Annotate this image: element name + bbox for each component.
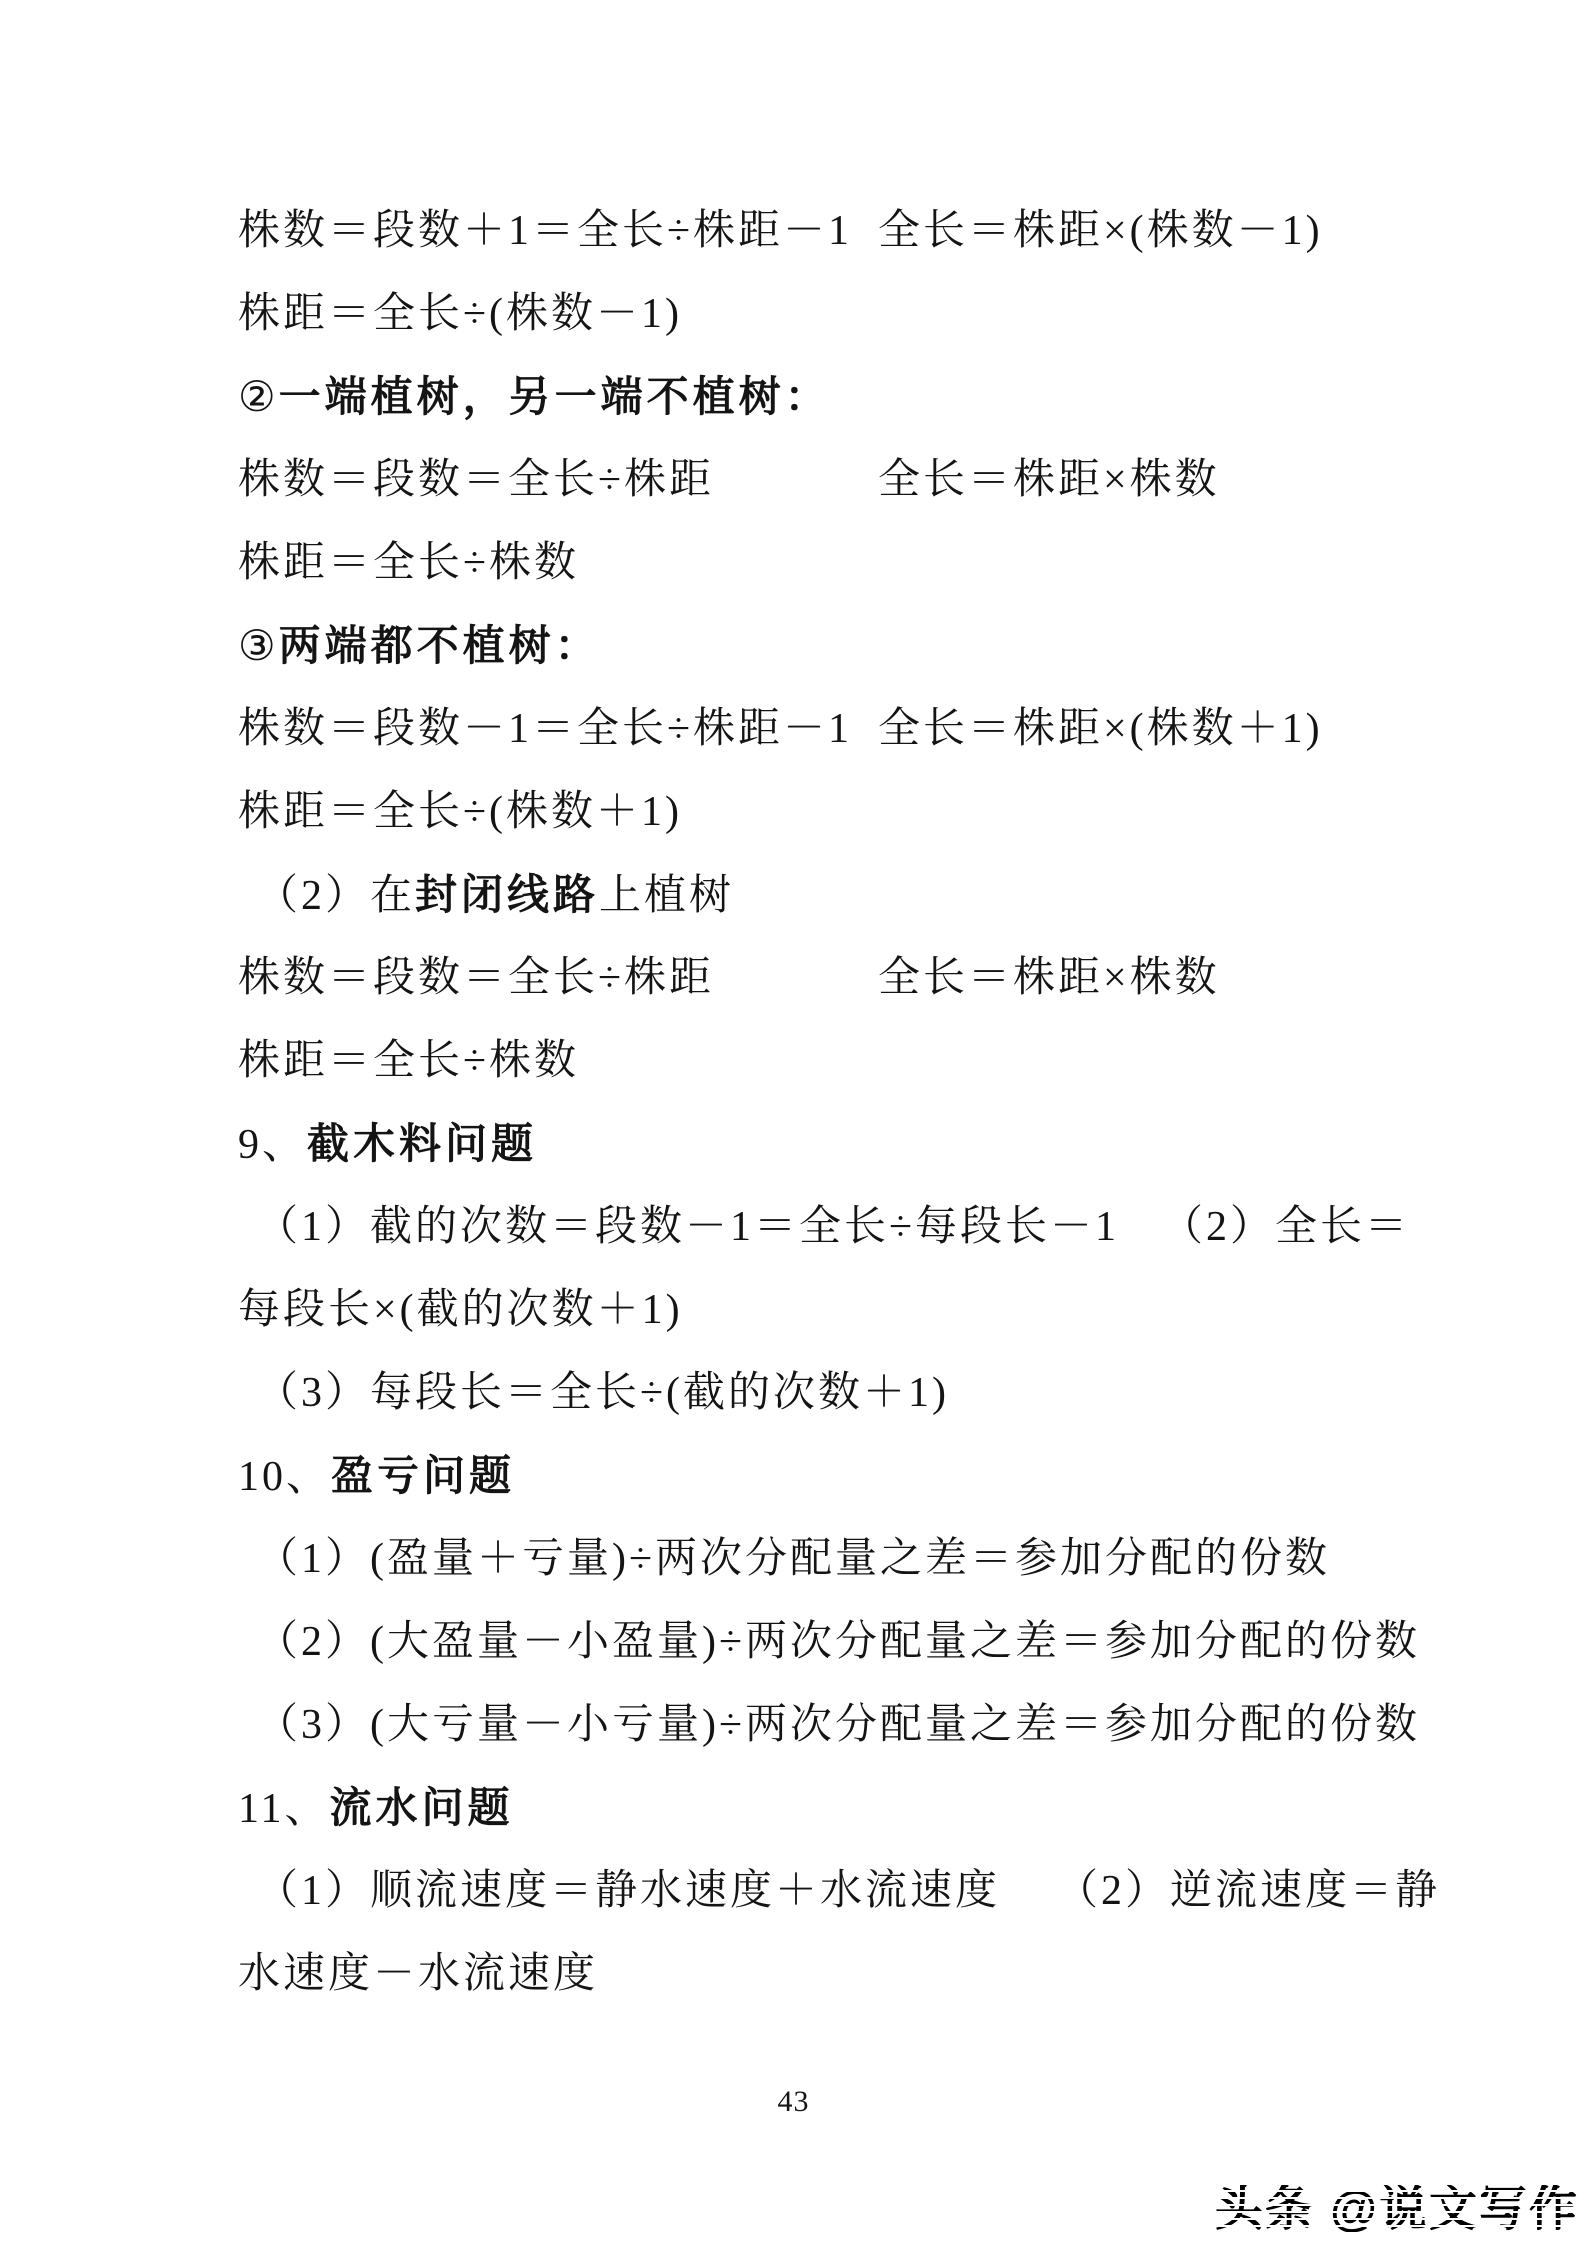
formula-left: 株数＝段数＋1＝全长÷株距－1: [238, 208, 852, 254]
formula-text: 水速度－水流速度: [238, 1951, 598, 1997]
formula-line: 株距＝全长÷(株数＋1): [238, 791, 682, 833]
subsection-title: 两端都不植树：: [279, 622, 601, 669]
formula-line: 水速度－水流速度: [238, 1953, 598, 1995]
circled-number: ②: [238, 375, 279, 421]
section-number: 11、: [238, 1786, 329, 1832]
circled-number: ③: [238, 624, 279, 670]
section-number: 9、: [238, 1122, 307, 1168]
page-number: 43: [0, 2085, 1587, 2119]
formula-line: 株数＝段数＝全长÷株距 全长＝株距×株数: [238, 459, 714, 501]
formula-text: 株距＝全长÷(株数－1): [238, 291, 682, 337]
formula-right: 全长＝株距×株数: [878, 459, 1220, 501]
section-title: 流水问题: [329, 1784, 513, 1831]
section-title: 盈亏问题: [331, 1452, 515, 1499]
formula-line: 株距＝全长÷株数: [238, 1040, 579, 1082]
section-title: 截木料问题: [307, 1120, 537, 1167]
formula-right: 全长＝株距×(株数＋1): [878, 708, 1323, 750]
formula-right: 全长＝株距×(株数－1): [878, 210, 1323, 252]
section-heading: 10、盈亏问题: [238, 1455, 515, 1498]
document-page: 株数＝段数＋1＝全长÷株距－1 全长＝株距×(株数－1) 株距＝全长÷(株数－1…: [0, 0, 1587, 2245]
subsection-heading: （2）在封闭线路上植树: [256, 874, 734, 917]
section-number: 10、: [238, 1454, 331, 1500]
formula-text: （3）(大亏量－小亏量)÷两次分配量之差＝参加分配的份数: [256, 1702, 1420, 1748]
formula-line: 株数＝段数－1＝全长÷株距－1 全长＝株距×(株数＋1): [238, 708, 852, 750]
formula-left: 株数＝段数＝全长÷株距: [238, 457, 714, 503]
formula-right: （2）逆流速度＝静: [1056, 1870, 1440, 1912]
formula-line: （1）(盈量＋亏量)÷两次分配量之差＝参加分配的份数: [256, 1538, 1330, 1580]
formula-line: 每段长×(截的次数＋1): [238, 1289, 683, 1331]
formula-left: （1）顺流速度＝静水速度＋水流速度: [256, 1868, 1000, 1914]
formula-text: （1）(盈量＋亏量)÷两次分配量之差＝参加分配的份数: [256, 1536, 1330, 1582]
subsection-title: 一端植树，另一端不植树：: [279, 373, 831, 420]
formula-line: 株距＝全长÷(株数－1): [238, 293, 682, 335]
formula-line: 株数＝段数＋1＝全长÷株距－1 全长＝株距×(株数－1): [238, 210, 852, 252]
formula-text: 每段长×(截的次数＋1): [238, 1287, 683, 1333]
heading-suffix: 上植树: [599, 873, 734, 919]
formula-right: （2）全长＝: [1161, 1206, 1410, 1248]
formula-left: 株数＝段数＝全长÷株距: [238, 955, 714, 1001]
formula-line: （2）(大盈量－小盈量)÷两次分配量之差＝参加分配的份数: [256, 1621, 1420, 1663]
watermark-text: 头条 @说文写作: [1215, 2170, 1579, 2239]
formula-text: （2）(大盈量－小盈量)÷两次分配量之差＝参加分配的份数: [256, 1619, 1420, 1665]
formula-line: （1）截的次数＝段数－1＝全长÷每段长－1 （2）全长＝: [256, 1206, 1119, 1248]
formula-line: （3）(大亏量－小亏量)÷两次分配量之差＝参加分配的份数: [256, 1704, 1420, 1746]
formula-line: 株数＝段数＝全长÷株距 全长＝株距×株数: [238, 957, 714, 999]
formula-line: 株距＝全长÷株数: [238, 542, 579, 584]
formula-left: （1）截的次数＝段数－1＝全长÷每段长－1: [256, 1204, 1119, 1250]
formula-text: 株距＝全长÷株数: [238, 540, 579, 586]
section-heading: 11、流水问题: [238, 1787, 513, 1830]
formula-text: 株距＝全长÷株数: [238, 1038, 579, 1084]
formula-left: 株数＝段数－1＝全长÷株距－1: [238, 706, 852, 752]
heading-prefix: （2）在: [256, 873, 415, 919]
formula-text: （3）每段长＝全长÷(截的次数＋1): [256, 1370, 949, 1416]
formula-right: 全长＝株距×株数: [878, 957, 1220, 999]
formula-line: （1）顺流速度＝静水速度＋水流速度 （2）逆流速度＝静: [256, 1870, 1000, 1912]
subsection-heading: ③两端都不植树：: [238, 625, 601, 668]
formula-text: 株距＝全长÷(株数＋1): [238, 789, 682, 835]
section-heading: 9、截木料问题: [238, 1123, 537, 1166]
subsection-heading: ②一端植树，另一端不植树：: [238, 376, 831, 419]
heading-bold-text: 封闭线路: [415, 871, 599, 918]
formula-line: （3）每段长＝全长÷(截的次数＋1): [256, 1372, 949, 1414]
